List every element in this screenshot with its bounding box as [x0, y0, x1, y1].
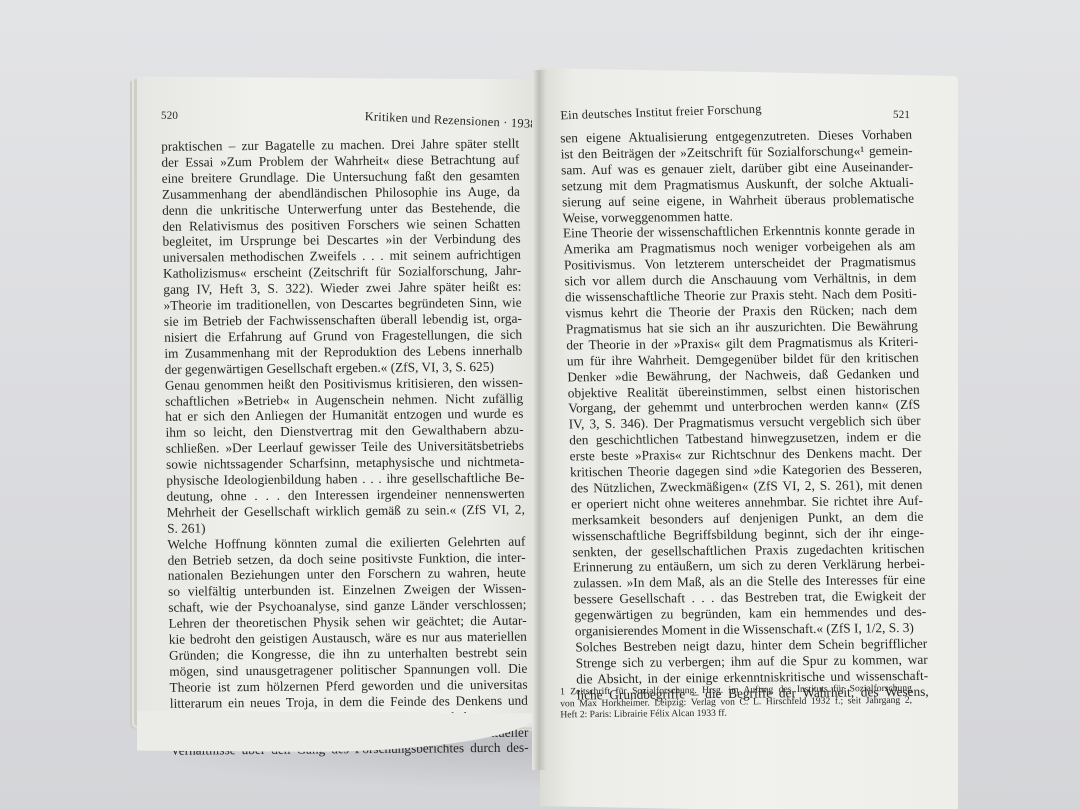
left-running-head: Kritiken und Rezensionen · 1938	[364, 109, 537, 132]
footnote: 1 Zeitschrift für Sozialforschung. Hrsg.…	[560, 683, 912, 721]
left-body-text: praktischen – zur Bagatelle zu machen. D…	[161, 136, 529, 759]
right-page-number: 521	[893, 109, 910, 121]
text-line: Verhältnisse über den Gang des Forschung…	[170, 740, 528, 759]
text-line: Heft 2: Paris: Librairie Félix Alcan 193…	[560, 706, 912, 721]
text-line: der Vernunft ihrem Versteck zu entsteige…	[170, 708, 528, 727]
left-page: 520 Kritiken und Rezensionen · 1938 prak…	[137, 77, 537, 728]
right-running-head: Ein deutsches Institut freier Forschung	[560, 102, 762, 124]
book-gutter	[532, 70, 546, 770]
right-body-text: sen eigene Aktualisierung entgegenzutret…	[560, 127, 929, 703]
right-page: Ein deutsches Institut freier Forschung …	[540, 68, 958, 809]
left-page-number: 520	[161, 110, 178, 122]
text-line: Mehrheit der Gesellschaft wirklich gemäß…	[167, 501, 525, 520]
